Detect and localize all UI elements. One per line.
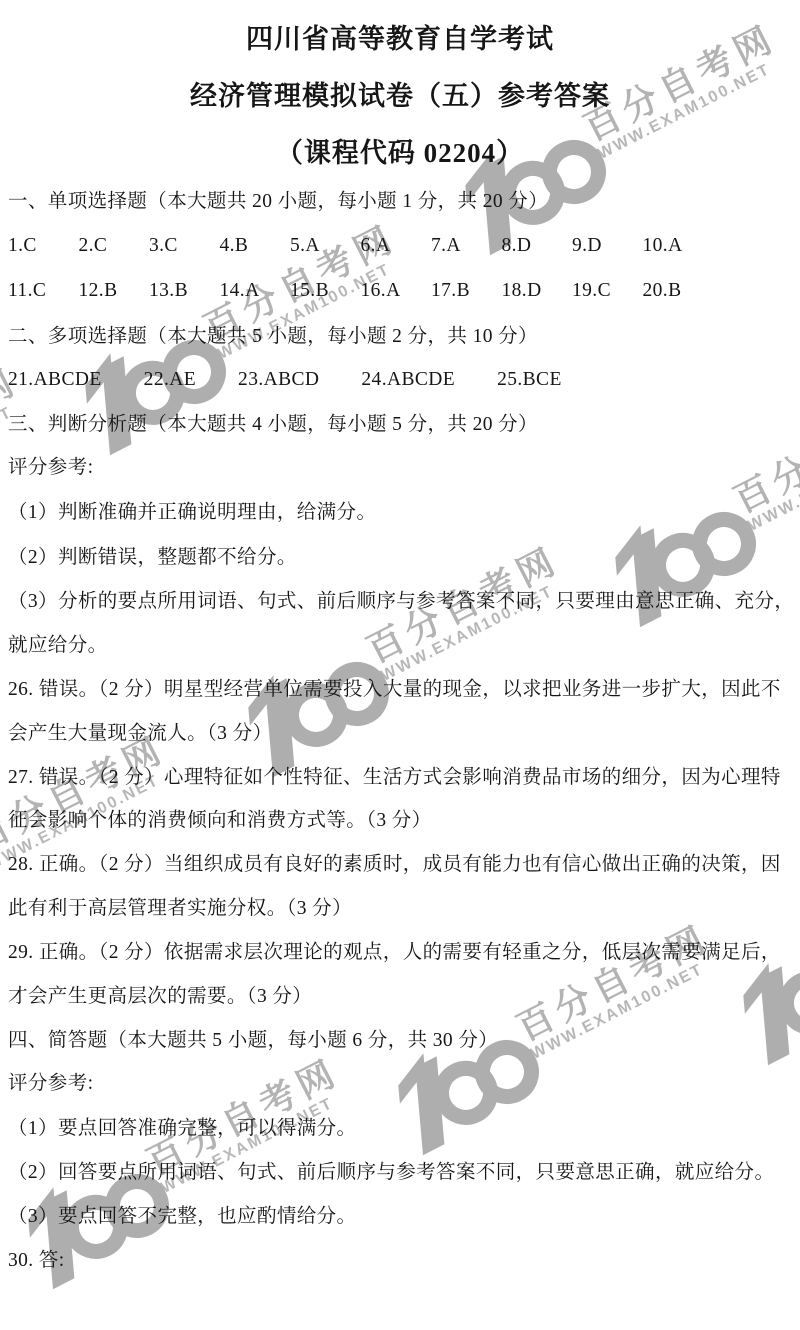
- answer-26-line1: 26. 错误。（2 分）明星型经营单位需要投入大量的现金，以求把业务进一步扩大，…: [8, 676, 781, 703]
- answer-item: 3.C: [149, 232, 220, 259]
- answer-item: 8.D: [502, 232, 573, 259]
- doc-title-exam-name: 四川省高等教育自学考试: [0, 17, 800, 56]
- answer-29-line2: 才会产生更高层次的需要。（3 分）: [8, 983, 312, 1010]
- doc-title-paper-name: 经济管理模拟试卷（五）参考答案: [0, 74, 800, 113]
- answer-30-label: 30. 答:: [8, 1247, 65, 1274]
- section-2-heading: 二、多项选择题（本大题共 5 小题，每小题 2 分，共 10 分）: [8, 323, 538, 350]
- answer-item: 17.B: [431, 277, 502, 304]
- answer-item: 21.ABCDE: [8, 366, 102, 393]
- watermark-site-name: 百分自考网: [0, 731, 171, 858]
- answer-item: 24.ABCDE: [361, 366, 455, 393]
- answer-item: 19.C: [572, 277, 643, 304]
- answer-item: 13.B: [149, 277, 220, 304]
- section-3-heading: 三、判断分析题（本大题共 4 小题，每小题 5 分，共 20 分）: [8, 411, 538, 438]
- section-1-heading: 一、单项选择题（本大题共 20 小题，每小题 1 分，共 20 分）: [8, 188, 548, 215]
- document-page: 百分自考网 WWW.EXAM100.NET 百分自考网 WWW.EXAM100.…: [0, 0, 800, 1330]
- answer-item: 11.C: [8, 277, 79, 304]
- answer-item: 14.A: [220, 277, 291, 304]
- answer-28-line2: 此有利于高层管理者实施分权。（3 分）: [8, 895, 352, 922]
- answers-row-1: 1.C 2.C 3.C 4.B 5.A 6.A 7.A 8.D 9.D 10.A: [8, 232, 713, 259]
- answer-item: 15.B: [290, 277, 361, 304]
- answer-item: 18.D: [502, 277, 573, 304]
- answer-28-line1: 28. 正确。（2 分）当组织成员有良好的素质时，成员有能力也有信心做出正确的决…: [8, 851, 781, 878]
- watermark-text: 百分自考网 WWW.EXAM100.NET: [729, 392, 800, 538]
- watermark: 百分自考网 WWW.EXAM100.NET: [0, 719, 197, 963]
- watermark-site-name: 百分自考网: [729, 392, 800, 519]
- answer-27-line2: 征会影响个体的消费倾向和消费方式等。（3 分）: [8, 807, 432, 834]
- doc-title-course-code: （课程代码 02204）: [0, 131, 800, 170]
- answer-item: 2.C: [79, 232, 150, 259]
- answer-item: 6.A: [361, 232, 432, 259]
- watermark-site-url: WWW.EXAM100.NET: [528, 952, 725, 1066]
- answer-item: 12.B: [79, 277, 150, 304]
- answer-item: 22.AE: [144, 366, 196, 393]
- scoring-ref-1-item: （2）判断错误，整题都不给分。: [8, 544, 297, 571]
- answer-item: 25.BCE: [497, 366, 562, 393]
- scoring-ref-1-item-cont: 就应给分。: [8, 632, 108, 659]
- answer-26-line2: 会产生大量现金流人。（3 分）: [8, 720, 272, 747]
- answer-item: 4.B: [220, 232, 291, 259]
- answer-item: 16.A: [361, 277, 432, 304]
- scoring-ref-1-item: （3）分析的要点所用词语、句式、前后顺序与参考答案不同，只要理由意思正确、充分，: [8, 588, 794, 615]
- answer-29-line1: 29. 正确。（2 分）依据需求层次理论的观点，人的需要有轻重之分，低层次需要满…: [8, 939, 781, 966]
- answer-item: 23.ABCD: [238, 366, 319, 393]
- scoring-ref-2-item: （1）要点回答准确完整，可以得满分。: [8, 1115, 356, 1142]
- scoring-ref-2-label: 评分参考:: [8, 1070, 93, 1097]
- answers-row-2: 11.C 12.B 13.B 14.A 15.B 16.A 17.B 18.D …: [8, 277, 713, 304]
- answer-27-line1: 27. 错误。（2 分）心理特征如个性特征、生活方式会影响消费品市场的细分，因为…: [8, 764, 781, 791]
- answers-row-multiple: 21.ABCDE 22.AE 23.ABCD 24.ABCDE 25.BCE: [8, 366, 562, 393]
- scoring-ref-1-item: （1）判断准确并正确说明理由，给满分。: [8, 499, 376, 526]
- answer-item: 7.A: [431, 232, 502, 259]
- scoring-ref-2-item: （2）回答要点所用词语、句式、前后顺序与参考答案不同，只要意思正确，就应给分。: [8, 1159, 774, 1186]
- section-4-heading: 四、简答题（本大题共 5 小题，每小题 6 分，共 30 分）: [8, 1027, 498, 1054]
- answer-item: 9.D: [572, 232, 643, 259]
- watermark-site-url: WWW.EXAM100.NET: [745, 424, 800, 538]
- scoring-ref-2-item: （3）要点回答不完整，也应酌情给分。: [8, 1203, 356, 1230]
- answer-item: 10.A: [643, 232, 714, 259]
- answer-item: 1.C: [8, 232, 79, 259]
- answer-item: 20.B: [643, 277, 714, 304]
- scoring-ref-1-label: 评分参考:: [8, 454, 93, 481]
- answer-item: 5.A: [290, 232, 361, 259]
